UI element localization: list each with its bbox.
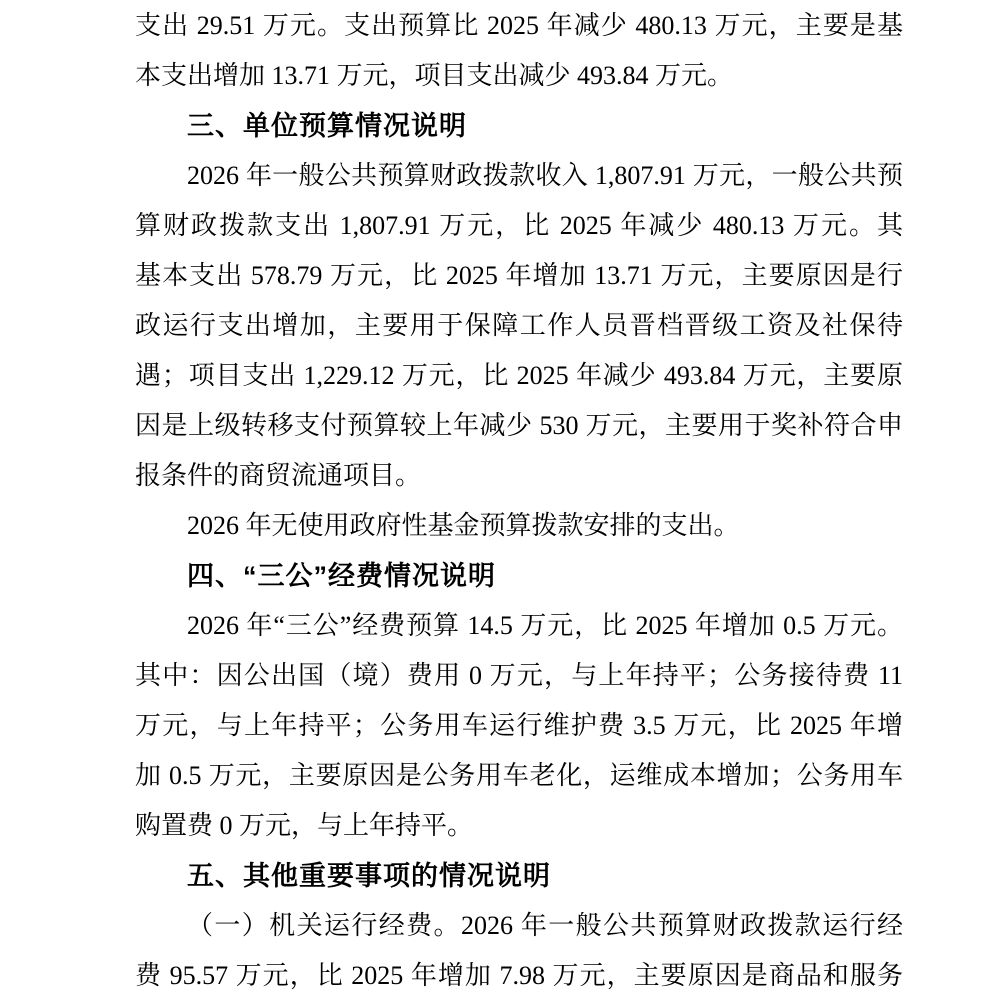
text-line: 因是上级转移支付预算较上年减少 530 万元，主要用于奖补符合申 (135, 401, 903, 451)
text-line: 本支出增加 13.71 万元，项目支出减少 493.84 万元。 (135, 51, 903, 101)
text-line: 2026 年“三公”经费预算 14.5 万元，比 2025 年增加 0.5 万元… (135, 601, 903, 651)
text-line: 基本支出 578.79 万元，比 2025 年增加 13.71 万元，主要原因是… (135, 251, 903, 301)
section-heading: 四、“三公”经费情况说明 (135, 551, 903, 601)
text-line: 购置费 0 万元，与上年持平。 (135, 801, 903, 851)
text-line: （一）机关运行经费。2026 年一般公共预算财政拨款运行经 (135, 901, 903, 951)
text-line: 算财政拨款支出 1,807.91 万元，比 2025 年减少 480.13 万元… (135, 201, 903, 251)
text-line: 费 95.57 万元，比 2025 年增加 7.98 万元，主要原因是商品和服务 (135, 951, 903, 1001)
text-line: 2026 年一般公共预算财政拨款收入 1,807.91 万元，一般公共预 (135, 151, 903, 201)
text-line: 2026 年无使用政府性基金预算拨款安排的支出。 (135, 501, 903, 551)
text-line: 其中：因公出国（境）费用 0 万元，与上年持平；公务接待费 11 (135, 651, 903, 701)
section-heading: 三、单位预算情况说明 (135, 101, 903, 151)
text-line: 政运行支出增加，主要用于保障工作人员晋档晋级工资及社保待 (135, 301, 903, 351)
text-line: 万元，与上年持平；公务用车运行维护费 3.5 万元，比 2025 年增 (135, 701, 903, 751)
document-page: 支出 29.51 万元。支出预算比 2025 年减少 480.13 万元，主要是… (0, 0, 1000, 1003)
text-line: 报条件的商贸流通项目。 (135, 451, 903, 501)
text-line: 支出 29.51 万元。支出预算比 2025 年减少 480.13 万元，主要是… (135, 1, 903, 51)
text-line: 加 0.5 万元，主要原因是公务用车老化，运维成本增加；公务用车 (135, 751, 903, 801)
document-body: 支出 29.51 万元。支出预算比 2025 年减少 480.13 万元，主要是… (135, 1, 903, 1001)
text-line: 遇；项目支出 1,229.12 万元，比 2025 年减少 493.84 万元，… (135, 351, 903, 401)
section-heading: 五、其他重要事项的情况说明 (135, 851, 903, 901)
